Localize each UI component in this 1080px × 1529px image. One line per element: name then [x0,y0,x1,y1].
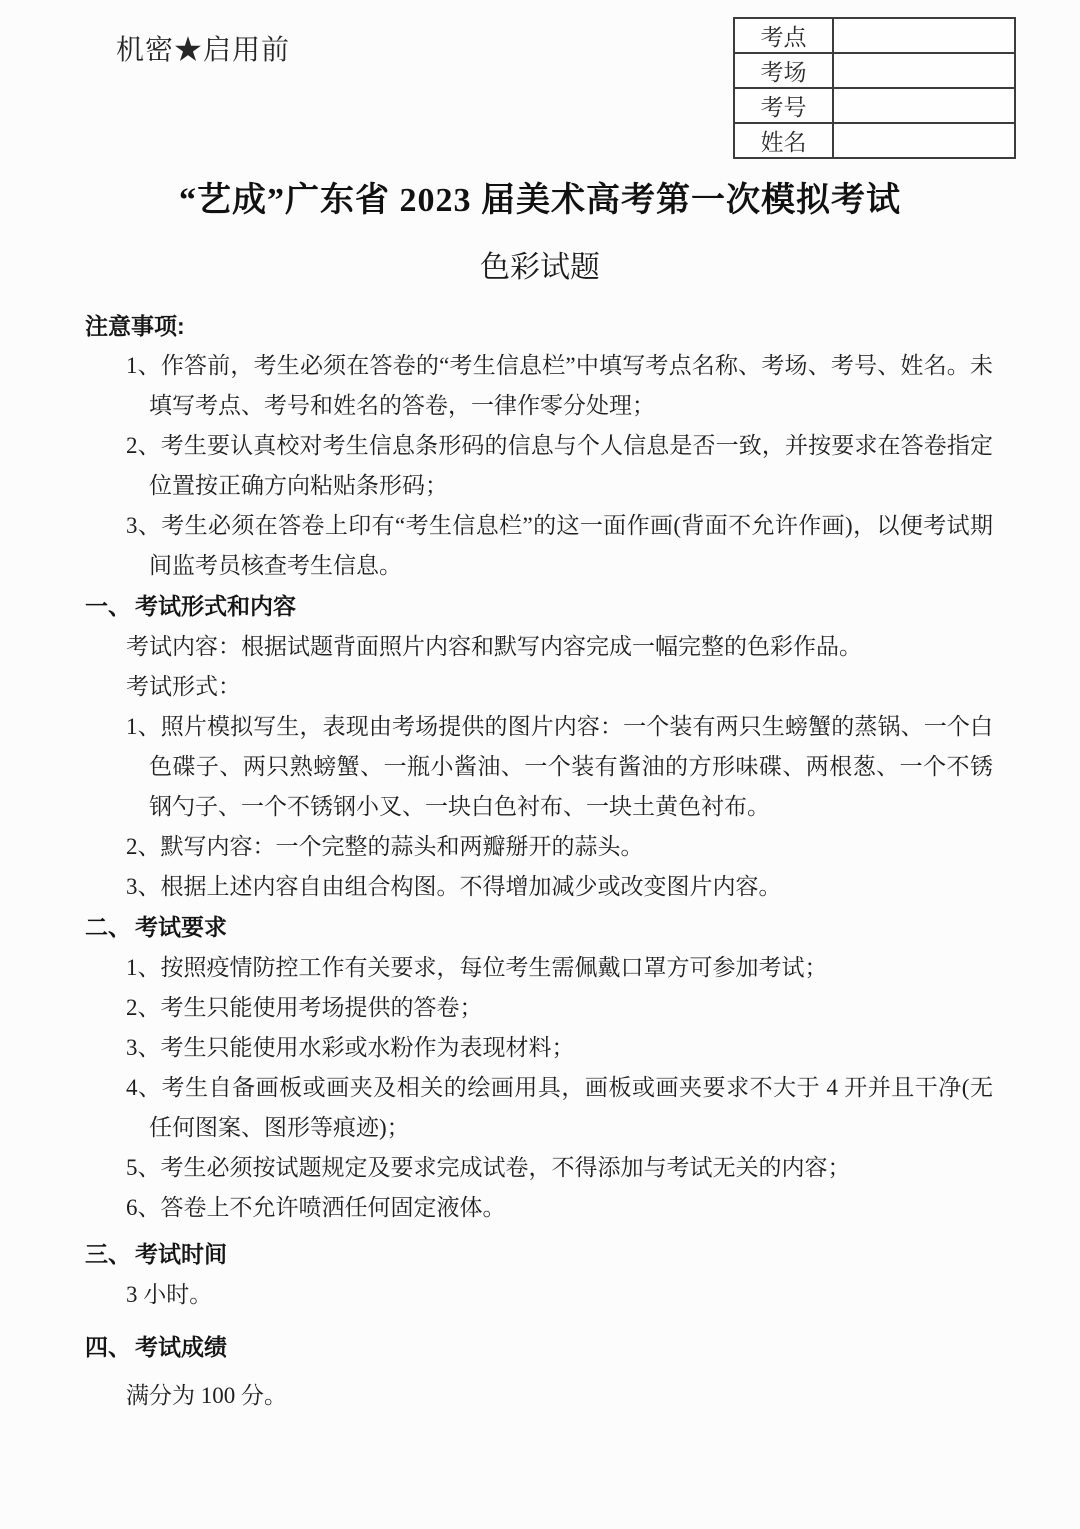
section-title: 考试形式和内容 [135,593,296,619]
section-number: 三、 [85,1242,131,1267]
section-item: 6、答卷上不允许喷洒任何固定液体。 [149,1188,993,1228]
section-paragraph: 考试内容：根据试题背面照片内容和默写内容完成一幅完整的色彩作品。 [126,627,993,667]
section-item: 4、考生自备画板或画夹及相关的绘画用具，画板或画夹要求不大于 4 开并且干净(无… [149,1068,993,1148]
section-title: 考试时间 [135,1241,227,1267]
info-label-exam-site: 考点 [734,18,833,53]
section-heading: 一、考试形式和内容 [85,586,1080,627]
candidate-info-table: 考点 考场 考号 姓名 [733,17,1016,159]
info-label-exam-room: 考场 [734,53,833,88]
page-subtitle: 色彩试题 [0,250,1080,286]
section-item: 3、根据上述内容自由组合构图。不得增加减少或改变图片内容。 [149,867,993,907]
section-number: 四、 [85,1335,131,1360]
exam-paper-page: 机密★启用前 考点 考场 考号 姓名 “艺成”广东省 2023 届美术高考第一次… [0,0,1080,1529]
section-item: 5、考生必须按试题规定及要求完成试卷，不得添加与考试无关的内容； [149,1148,993,1188]
notice-item: 1、作答前，考生必须在答卷的“考生信息栏”中填写考点名称、考场、考号、姓名。未填… [149,346,993,426]
section-paragraph: 3 小时。 [126,1275,993,1315]
section-exam-format-content: 一、考试形式和内容 考试内容：根据试题背面照片内容和默写内容完成一幅完整的色彩作… [0,586,1080,907]
section-exam-score: 四、考试成绩 满分为 100 分。 [0,1327,1080,1416]
notice-block: 注意事项: 1、作答前，考生必须在答卷的“考生信息栏”中填写考点名称、考场、考号… [0,306,1080,586]
info-row-exam-number: 考号 [734,88,1015,123]
notice-heading: 注意事项: [85,306,1080,346]
info-value-exam-number [833,88,1015,123]
section-item: 2、考生只能使用考场提供的答卷； [149,988,993,1028]
confidential-stamp: 机密★启用前 [116,28,290,68]
section-number: 一、 [85,594,131,619]
section-exam-time: 三、考试时间 3 小时。 [0,1234,1080,1315]
section-title: 考试要求 [135,914,227,940]
section-item: 1、照片模拟写生，表现由考场提供的图片内容：一个装有两只生螃蟹的蒸锅、一个白色碟… [149,707,993,827]
info-value-exam-site [833,18,1015,53]
section-title: 考试成绩 [135,1334,227,1360]
section-item: 2、默写内容：一个完整的蒜头和两瓣掰开的蒜头。 [149,827,993,867]
info-label-name: 姓名 [734,123,833,158]
info-label-exam-number: 考号 [734,88,833,123]
section-paragraph: 满分为 100 分。 [126,1376,993,1416]
section-item: 1、按照疫情防控工作有关要求，每位考生需佩戴口罩方可参加考试； [149,948,993,988]
section-item: 3、考生只能使用水彩或水粉作为表现材料； [149,1028,993,1068]
info-row-name: 姓名 [734,123,1015,158]
section-exam-requirements: 二、考试要求 1、按照疫情防控工作有关要求，每位考生需佩戴口罩方可参加考试； 2… [0,907,1080,1228]
section-heading: 二、考试要求 [85,907,1080,948]
info-value-exam-room [833,53,1015,88]
notice-item: 3、考生必须在答卷上印有“考生信息栏”的这一面作画(背面不允许作画)，以便考试期… [149,506,993,586]
section-heading: 四、考试成绩 [85,1327,1080,1368]
section-paragraph: 考试形式： [126,667,993,707]
notice-item: 2、考生要认真校对考生信息条形码的信息与个人信息是否一致，并按要求在答卷指定位置… [149,426,993,506]
section-heading: 三、考试时间 [85,1234,1080,1275]
section-number: 二、 [85,915,131,940]
info-row-exam-site: 考点 [734,18,1015,53]
info-row-exam-room: 考场 [734,53,1015,88]
info-value-name [833,123,1015,158]
